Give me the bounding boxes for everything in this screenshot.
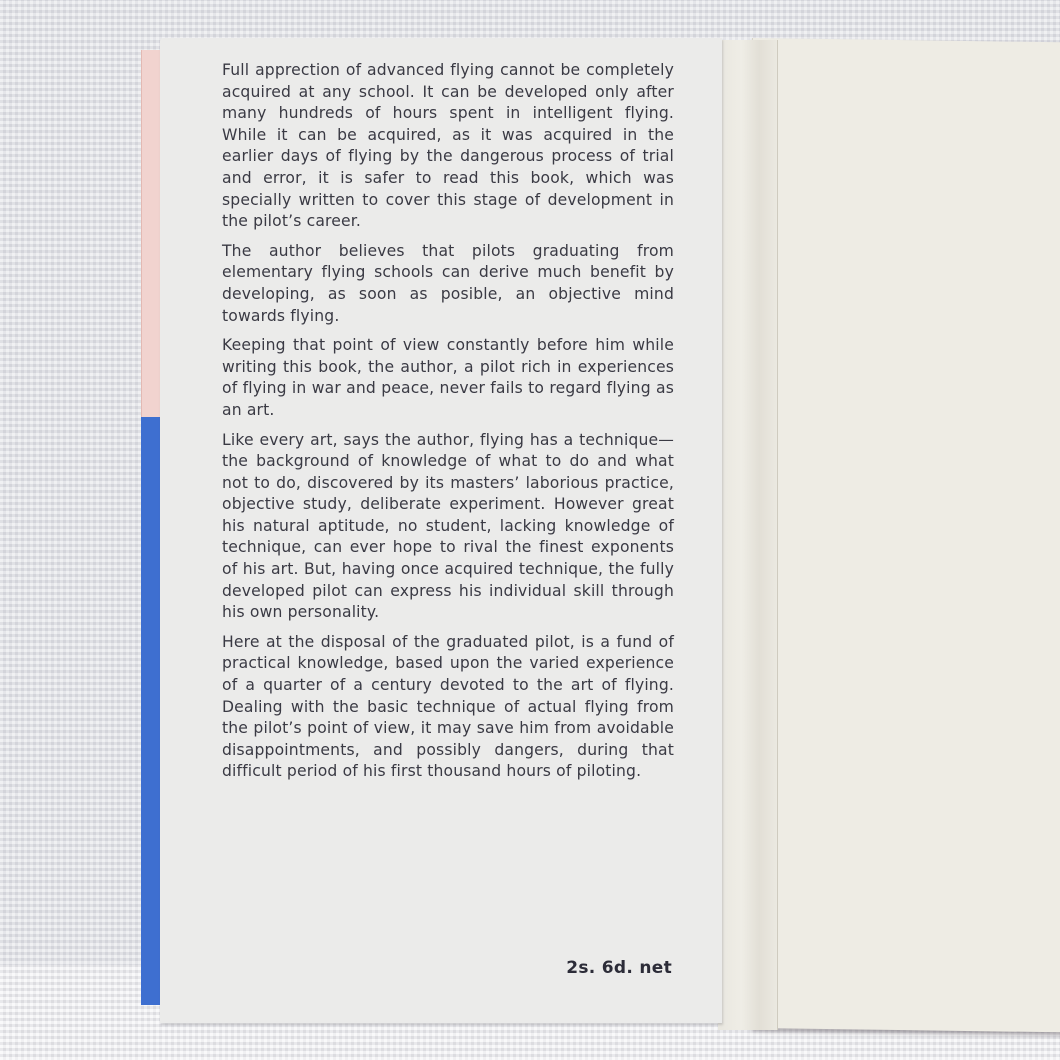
price-label: 2s. 6d. net <box>566 958 672 978</box>
blurb-paragraph: Full apprection of advanced flying canno… <box>222 60 674 233</box>
blurb-paragraph: Like every art, says the author, flying … <box>222 430 674 624</box>
book-right-page <box>752 38 1060 1032</box>
blurb-text: Full apprection of advanced flying canno… <box>222 60 674 791</box>
book-gutter <box>718 40 778 1030</box>
blurb-paragraph: The author believes that pilots graduati… <box>222 241 674 327</box>
blurb-paragraph: Here at the disposal of the graduated pi… <box>222 632 674 783</box>
dust-jacket-flap: Full apprection of advanced flying canno… <box>160 38 722 1023</box>
blurb-paragraph: Keeping that point of view constantly be… <box>222 335 674 421</box>
